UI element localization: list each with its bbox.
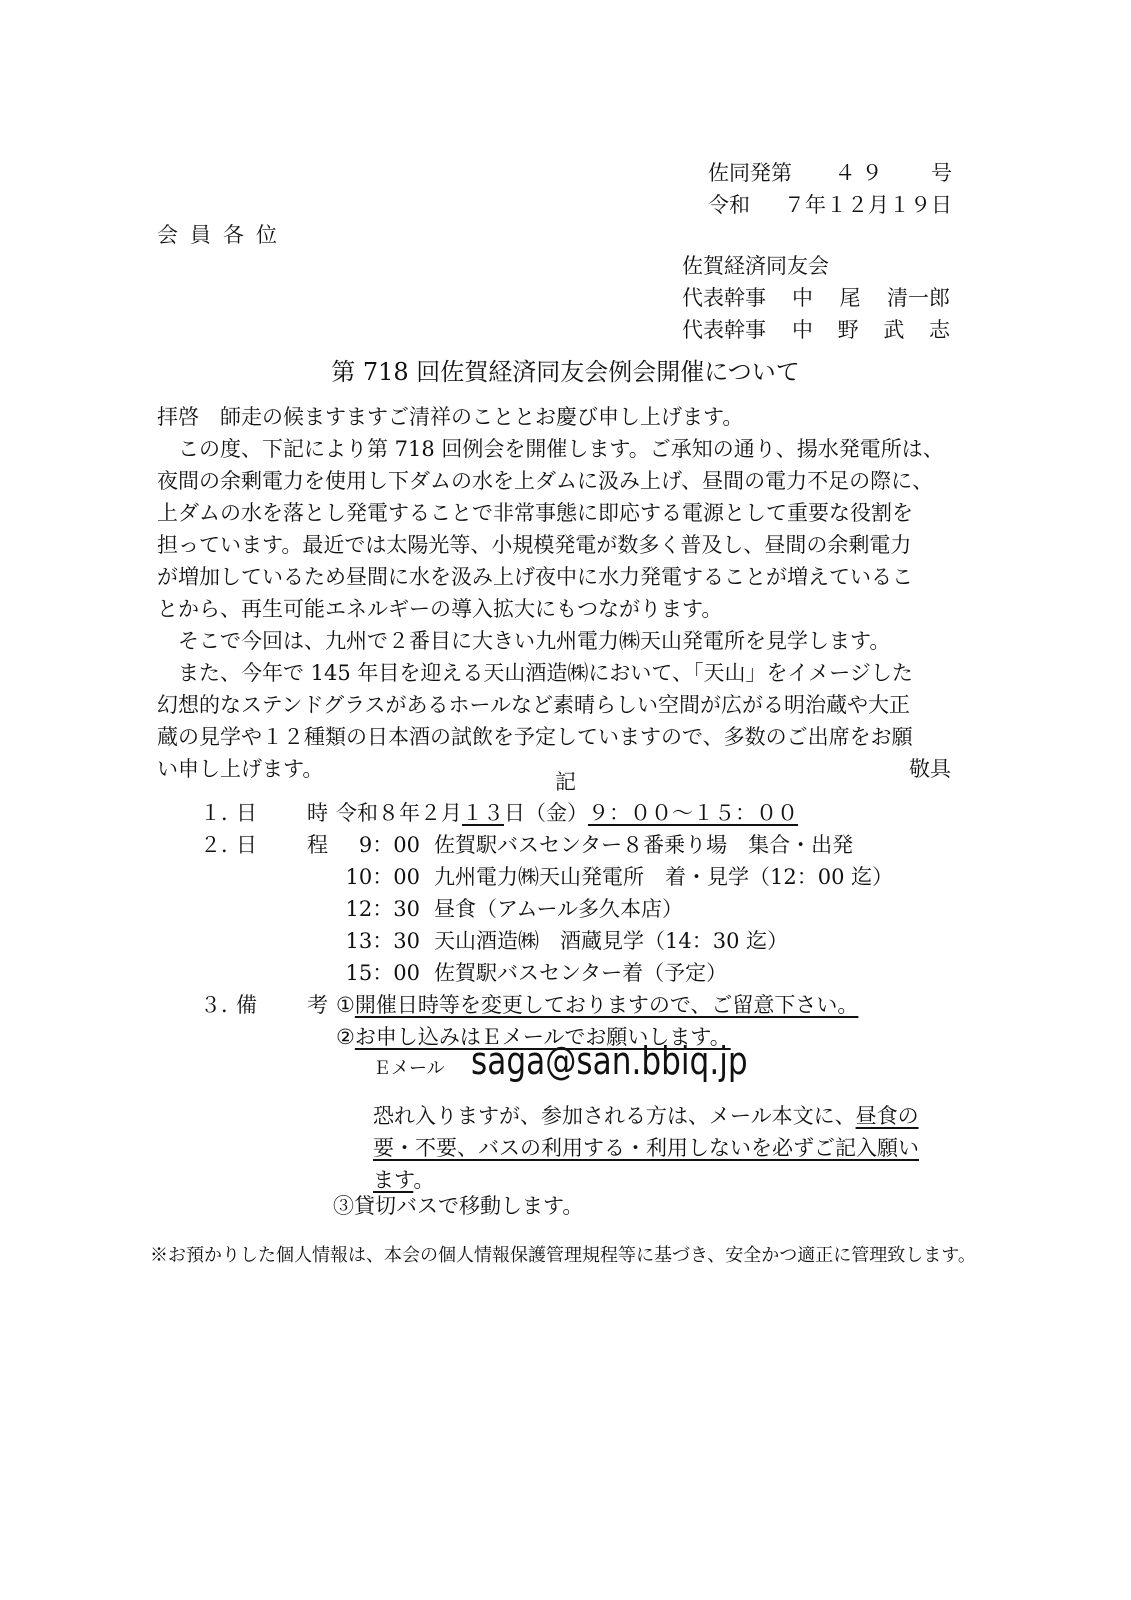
- email-address-link[interactable]: saga@san.bbiq.jp: [471, 1045, 748, 1077]
- representative-role: 代表幹事: [682, 314, 792, 346]
- schedule-row: 10：00 九州電力㈱天山発電所 着・見学（12：00 迄）: [200, 861, 893, 893]
- schedule-row: 13：30 天山酒造㈱ 酒蔵見学（14：30 迄）: [200, 925, 893, 957]
- note-line: 恐れ入りますが、参加される方は、メール本文に、昼食の: [373, 1100, 953, 1132]
- name-part: 武: [883, 314, 904, 346]
- date-weekday: 日（金）: [504, 801, 588, 825]
- spacer: [200, 1021, 336, 1053]
- schedule-text: 九州電力㈱天山発電所 着・見学（12：00 迄）: [434, 861, 893, 893]
- date-day: １３: [462, 801, 504, 825]
- detail-label: ２． 日 程: [200, 829, 336, 861]
- detail-date: １． 日 時 令和８年２月１３日（金）９：００～１５：００: [200, 797, 893, 829]
- schedule-text: 佐賀駅バスセンター着（予定）: [434, 957, 727, 989]
- representative-name: 中 尾 清一郎: [792, 282, 950, 314]
- registration-note: 恐れ入りますが、参加される方は、メール本文に、昼食の 要・不要、バスの利用する・…: [373, 1100, 953, 1196]
- note-emphasis: 要・不要、バスの利用する・利用しないを必ずご記入願い: [373, 1136, 919, 1160]
- schedule-row: 12：30 昼食（アムール多久本店）: [200, 893, 893, 925]
- body-line: 幻想的なステンドグラスがあるホールなど素晴らしい空間が広がる明治蔵や大正: [157, 689, 957, 721]
- name-part: 中: [792, 282, 813, 314]
- item-label: 日 程: [236, 829, 336, 861]
- item-label: 日 時: [236, 797, 336, 829]
- schedule-time: 15：00: [336, 957, 434, 989]
- item-number: ２．: [200, 829, 236, 861]
- note-emphasis: ます: [373, 1168, 413, 1192]
- name-part: 中: [792, 314, 813, 346]
- sender-organization: 佐賀経済同友会: [682, 250, 950, 282]
- detail-label: ３． 備 考: [200, 989, 336, 1021]
- body-line: また、今年で 145 年目を迎える天山酒造㈱において、「天山」をイメージした: [157, 657, 957, 689]
- body-line: とから、再生可能エネルギーの導入拡大にもつながります。: [157, 593, 957, 625]
- spacer: [200, 893, 336, 925]
- spacer: [200, 861, 336, 893]
- letter-body: 拝啓 師走の候ますますご清祥のこととお慶び申し上げます。 この度、下記により第 …: [157, 401, 957, 785]
- label-char: 備: [236, 989, 257, 1021]
- representative-role: 代表幹事: [682, 282, 792, 314]
- organization-name: 佐賀経済同友会: [682, 250, 829, 282]
- body-line: 夜間の余剰電力を使用し下ダムの水を上ダムに汲み上げ、昼間の電力不足の際に、: [157, 465, 957, 497]
- note-emphasis: 昼食の: [856, 1104, 919, 1128]
- privacy-footer: ※お預かりした個人情報は、本会の個人情報保護管理規程等に基づき、安全かつ適正に管…: [150, 1240, 976, 1272]
- date-era: 令和: [708, 189, 750, 221]
- remark-1: 開催日時等を変更しておりますので、ご留意下さい。: [355, 989, 859, 1021]
- schedule-text: 昼食（アムール多久本店）: [434, 893, 683, 925]
- remark-marker: ②: [336, 1021, 355, 1053]
- document-title: 第 718 回佐賀経済同友会例会開催について: [0, 356, 1131, 388]
- note-text: 恐れ入りますが、参加される方は、メール本文に、: [373, 1104, 856, 1128]
- name-part: 清一郎: [887, 282, 950, 314]
- schedule-time: 10：00: [336, 861, 434, 893]
- email-contact: Ｅメール saga@san.bbiq.jp: [373, 1045, 808, 1085]
- label-char: 程: [307, 829, 328, 861]
- body-line: 担っています。最近では太陽光等、小規模発電が数多く普及し、昼間の余剰電力: [157, 529, 957, 561]
- date-text: ７年１２月１９日: [784, 189, 952, 221]
- body-line: この度、下記により第 718 回例会を開催します。ご承知の通り、揚水発電所は、: [157, 433, 957, 465]
- addressee: 会員各位: [157, 219, 289, 251]
- document-number: 佐同発第 ４９ 号: [708, 157, 952, 189]
- label-char: 時: [307, 797, 328, 829]
- note-text: 。: [413, 1168, 434, 1192]
- document-reference: 佐同発第 ４９ 号 令和 ７年１２月１９日: [708, 157, 952, 221]
- sender-block: 佐賀経済同友会 代表幹事 中 尾 清一郎 代表幹事 中 野 武 志: [682, 250, 950, 346]
- event-details: １． 日 時 令和８年２月１３日（金）９：００～１５：００ ２． 日 程 9：0…: [200, 797, 893, 1053]
- label-char: 考: [307, 989, 328, 1021]
- email-label: Ｅメール: [373, 1053, 445, 1085]
- spacer: [200, 925, 336, 957]
- body-line: 拝啓 師走の候ますますご清祥のこととお慶び申し上げます。: [157, 401, 957, 433]
- schedule-row: ２． 日 程 9：00 佐賀駅バスセンター８番乗り場 集合・出発: [200, 829, 893, 861]
- schedule-time: 9：00: [336, 829, 434, 861]
- body-line: が増加しているため昼間に水を汲み上げ夜中に水力発電することが増えているこ: [157, 561, 957, 593]
- doc-number-value: ４９: [835, 157, 889, 189]
- document-date: 令和 ７年１２月１９日: [708, 189, 952, 221]
- remark-3: ③貸切バスで移動します。: [333, 1190, 583, 1222]
- remarks-row: ３． 備 考 ①開催日時等を変更しておりますので、ご留意下さい。: [200, 989, 893, 1021]
- spacer: [200, 957, 336, 989]
- body-line: そこで今回は、九州で２番目に大きい九州電力㈱天山発電所を見学します。: [157, 625, 957, 657]
- name-part: 尾: [840, 282, 861, 314]
- name-part: 志: [929, 314, 950, 346]
- date-time-range: ９：００～１５：００: [588, 801, 798, 825]
- schedule-text: 佐賀駅バスセンター８番乗り場 集合・出発: [434, 829, 853, 861]
- name-part: 野: [838, 314, 859, 346]
- item-number: ３．: [200, 989, 236, 1021]
- representative-name: 中 野 武 志: [792, 314, 950, 346]
- detail-label: １． 日 時: [200, 797, 336, 829]
- remark-marker: ①: [336, 989, 355, 1021]
- doc-number-suffix: 号: [931, 157, 952, 189]
- schedule-row: 15：00 佐賀駅バスセンター着（予定）: [200, 957, 893, 989]
- schedule-time: 12：30: [336, 893, 434, 925]
- item-number: １．: [200, 797, 236, 829]
- body-line: 蔵の見学や１２種類の日本酒の試飲を予定していますので、多数のご出席をお願: [157, 721, 957, 753]
- notes-heading: 記: [0, 766, 1131, 798]
- schedule-time: 13：30: [336, 925, 434, 957]
- schedule-text: 天山酒造㈱ 酒蔵見学（14：30 迄）: [434, 925, 788, 957]
- date-prefix: 令和８年２月: [336, 801, 462, 825]
- label-char: 日: [236, 829, 257, 861]
- item-label: 備 考: [236, 989, 336, 1021]
- body-line: 上ダムの水を落とし発電することで非常事態に即応する電源として重要な役割を: [157, 497, 957, 529]
- date-value: 令和８年２月１３日（金）９：００～１５：００: [336, 797, 798, 829]
- note-line: 要・不要、バスの利用する・利用しないを必ずご記入願い: [373, 1132, 953, 1164]
- doc-number-prefix: 佐同発第: [708, 157, 792, 189]
- representative-1: 代表幹事 中 尾 清一郎: [682, 282, 950, 314]
- label-char: 日: [236, 797, 257, 829]
- representative-2: 代表幹事 中 野 武 志: [682, 314, 950, 346]
